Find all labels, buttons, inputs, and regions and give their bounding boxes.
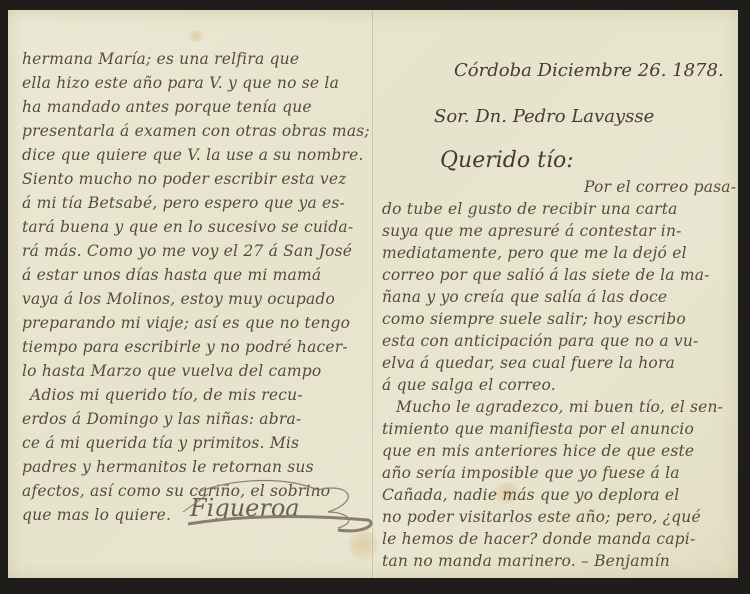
letter-line: Por el correo pasa-	[584, 178, 736, 196]
letter-line: año sería imposible que yo fuese á la	[382, 464, 680, 482]
letter-line: hermana María; es una relfira que	[22, 50, 299, 68]
letter-line: le hemos de hacer? donde manda capi-	[382, 530, 695, 548]
letter-line: lo hasta Marzo que vuelva del campo	[22, 362, 321, 380]
letter-line: presentarla á examen con otras obras mas…	[22, 122, 370, 140]
letter-salutation: Querido tío:	[440, 148, 574, 173]
letter-paper: hermana María; es una relfira que ella h…	[8, 10, 738, 578]
letter-line: á estar unos días hasta que mi mamá	[22, 266, 321, 284]
letter-line: á que salga el correo.	[382, 376, 556, 394]
letter-line: ella hizo este año para V. y que no se l…	[22, 74, 339, 92]
letter-line: vaya á los Molinos, estoy muy ocupado	[22, 290, 335, 308]
letter-line: timiento que manifiesta por el anuncio	[382, 420, 694, 438]
letter-line: tará buena y que en lo sucesivo se cuida…	[22, 218, 353, 236]
letter-line: á mi tía Betsabé, pero espero que ya es-	[22, 194, 345, 212]
letter-line: Siento mucho no poder escribir esta vez	[22, 170, 347, 188]
letter-line: esta con anticipación para que no a vu-	[382, 332, 698, 350]
letter-line: ha mandado antes porque tenía que	[22, 98, 312, 116]
letter-addressee: Sor. Dn. Pedro Lavaysse	[434, 106, 654, 127]
letter-line: no poder visitarlos este año; pero, ¿qué	[382, 508, 701, 526]
letter-line: elva á quedar, sea cual fuere la hora	[382, 354, 675, 372]
right-page: Córdoba Diciembre 26. 1878. Sor. Dn. Ped…	[374, 10, 738, 578]
letter-line: que mas lo quiere.	[22, 506, 171, 524]
letter-line: correo por que salió á las siete de la m…	[382, 266, 710, 284]
left-page: hermana María; es una relfira que ella h…	[8, 10, 372, 578]
letter-line: Cañada, nadie más que yo deplora el	[382, 486, 679, 504]
letter-line: mediatamente, pero que me la dejó el	[382, 244, 687, 262]
letter-line: ñana y yo creía que salía á las doce	[382, 288, 667, 306]
letter-line: Adios mi querido tío, de mis recu-	[30, 386, 303, 404]
letter-date: Córdoba Diciembre 26. 1878.	[454, 60, 724, 81]
letter-line: como siempre suele salir; hoy escribo	[382, 310, 686, 328]
signature-flourish-icon	[178, 472, 378, 542]
letter-line: preparando mi viaje; así es que no tengo	[22, 314, 350, 332]
letter-line: tan no manda marinero. – Benjamín	[382, 552, 670, 570]
letter-line: suya que me apresuré á contestar in-	[382, 222, 682, 240]
letter-line: tiempo para escribirle y no podré hacer-	[22, 338, 348, 356]
letter-line: ce á mi querida tía y primitos. Mis	[22, 434, 299, 452]
letter-line: que en mis anteriores hice de que este	[382, 442, 694, 460]
letter-line: rá más. Como yo me voy el 27 á San José	[22, 242, 352, 260]
letter-line: erdos á Domingo y las niñas: abra-	[22, 410, 301, 428]
letter-line: do tube el gusto de recibir una carta	[382, 200, 678, 218]
letter-line: Mucho le agradezco, mi buen tío, el sen-	[396, 398, 723, 416]
letter-line: dice que quiere que V. la use a su nombr…	[22, 146, 364, 164]
